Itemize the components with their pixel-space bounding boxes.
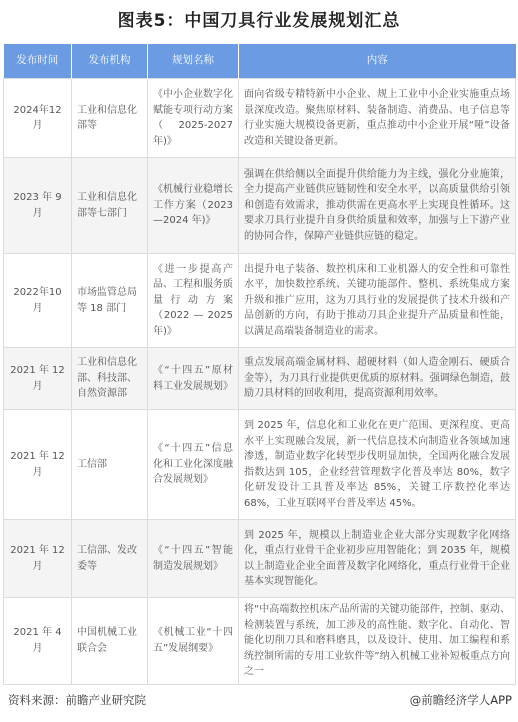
header-plan: 规划名称 — [148, 44, 239, 79]
cell-date: 2021 年 12 月 — [4, 520, 72, 598]
cell-date: 2023 年 9 月 — [4, 158, 72, 254]
cell-plan: 《“十四五”原材料工业发展规划》 — [148, 348, 239, 410]
table-row: 2023 年 9 月 工业和信息化部等七部门 《机械行业稳增长工作方案（2023… — [4, 158, 516, 254]
footer: 资料来源：前瞻产业研究院 @前瞻经济学人APP — [8, 692, 512, 708]
cell-content: 将“中高端数控机床产品所需的关键功能部件，控制、驱动、检测装置与系统，加工涉及的… — [239, 598, 516, 685]
cell-date: 2022年10月 — [4, 254, 72, 348]
table-row: 2021 年 12 月 工信部 《“十四五”信息化和工业化深度融合发展规划》 到… — [4, 410, 516, 520]
cell-content: 面向省级专精特新中小企业、规上工业中小企业实施重点场景深度改造。聚焦原材料、装备… — [239, 79, 516, 158]
header-content: 内容 — [239, 44, 516, 79]
table-row: 2021 年 12 月 工信部、发改委等 《“十四五”智能制造发展规划》 到 2… — [4, 520, 516, 598]
cell-plan: 《中小企业数字化赋能专项行动方案（2025-2027年)》 — [148, 79, 239, 158]
cell-content: 到 2025 年，信息化和工业化在更广范围、更深程度、更高水平上实现融合发展，新… — [239, 410, 516, 520]
table-row: 2021 年 12 月 工业和信息化部、科技部、自然资源部 《“十四五”原材料工… — [4, 348, 516, 410]
cell-date: 2021 年 4 月 — [4, 598, 72, 685]
cell-content: 强调在供给侧以全面提升供给能力为主线，强化分业施策，全力提高产业链供应链韧性和安… — [239, 158, 516, 254]
cell-content: 出提升电子装备、数控机床和工业机器人的安全性和可靠性水平，加快数控系统、关键功能… — [239, 254, 516, 348]
header-org: 发布机构 — [72, 44, 148, 79]
cell-plan: 《“十四五”信息化和工业化深度融合发展规划》 — [148, 410, 239, 520]
cell-date: 2021 年 12 月 — [4, 410, 72, 520]
cell-plan: 《机械行业稳增长工作方案（2023—2024 年)》 — [148, 158, 239, 254]
cell-org: 工业和信息化部、科技部、自然资源部 — [72, 348, 148, 410]
cell-org: 工业和信息化部等七部门 — [72, 158, 148, 254]
planning-table: 发布时间 发布机构 规划名称 内容 2024年12月 工业和信息化部等 《中小企… — [3, 44, 516, 685]
source-note: 资料来源：前瞻产业研究院 — [8, 692, 146, 708]
cell-content: 重点发展高端金属材料、超硬材料（如人造金刚石、硬质合金等），为刀具行业提供更优质… — [239, 348, 516, 410]
cell-plan: 《进一步提高产品、工程和服务质量行动方案（2022 — 2025 年)》 — [148, 254, 239, 348]
cell-org: 市场监管总局等 18 部门 — [72, 254, 148, 348]
cell-org: 工信部、发改委等 — [72, 520, 148, 598]
cell-date: 2021 年 12 月 — [4, 348, 72, 410]
cell-date: 2024年12月 — [4, 79, 72, 158]
cell-org: 工信部 — [72, 410, 148, 520]
cell-plan: 《机械工业“十四五”发展纲要》 — [148, 598, 239, 685]
table-header-row: 发布时间 发布机构 规划名称 内容 — [4, 44, 516, 79]
table-row: 2022年10月 市场监管总局等 18 部门 《进一步提高产品、工程和服务质量行… — [4, 254, 516, 348]
header-date: 发布时间 — [4, 44, 72, 79]
cell-org: 工业和信息化部等 — [72, 79, 148, 158]
table-row: 2021 年 4 月 中国机械工业联合会 《机械工业“十四五”发展纲要》 将“中… — [4, 598, 516, 685]
figure-title: 图表5：中国刀具行业发展规划汇总 — [0, 6, 518, 31]
cell-org: 中国机械工业联合会 — [72, 598, 148, 685]
credit-note: @前瞻经济学人APP — [410, 692, 512, 708]
cell-content: 到 2025 年，规模以上制造业企业大部分实现数字化网络化，重点行业骨干企业初步… — [239, 520, 516, 598]
cell-plan: 《“十四五”智能制造发展规划》 — [148, 520, 239, 598]
table-row: 2024年12月 工业和信息化部等 《中小企业数字化赋能专项行动方案（2025-… — [4, 79, 516, 158]
